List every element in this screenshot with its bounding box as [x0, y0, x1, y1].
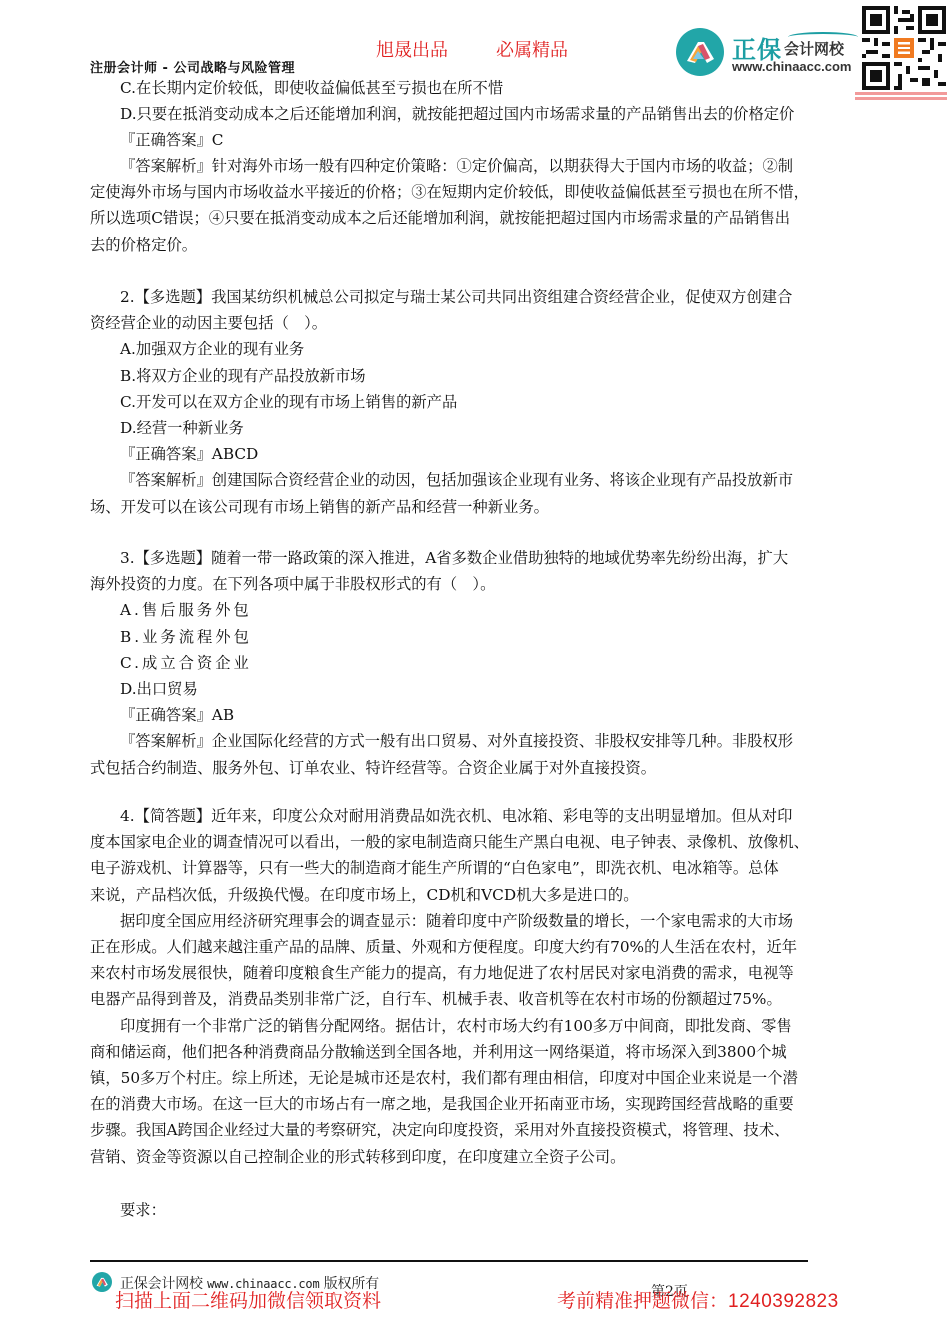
option-c: C.在长期内定价较低，即使收益偏低甚至亏损也在所不惜: [120, 75, 890, 101]
footer-divider: [90, 1260, 808, 1262]
promo-wechat-number: 1240392823: [728, 1291, 839, 1312]
case-text-line: 商和储运商，他们把各种消费商品分散输送到全国各地，并利用这一网络渠道，将市场深入…: [90, 1039, 860, 1065]
option-a: A.售后服务外包: [90, 597, 860, 623]
analysis-line: 『答案解析』针对海外市场一般有四种定价策略：①定价偏高，以期获得大于国内市场的收…: [90, 153, 860, 179]
case-text-line: 据印度全国应用经济研究理事会的调查显示：随着印度中产阶级数量的增长，一个家电需求…: [90, 908, 860, 934]
analysis-line: 去的价格定价。: [90, 232, 860, 258]
analysis-line: 『答案解析』企业国际化经营的方式一般有出口贸易、对外直接投资、非股权安排等几种。…: [90, 728, 860, 754]
question-3: 3.【多选题】随着一带一路政策的深入推进，A省多数企业借助独特的地域优势率先纷纷…: [90, 545, 860, 781]
logo-url: www.chinaacc.com: [732, 59, 851, 74]
case-text-line: 步骤。我国A跨国企业经过大量的考察研究，决定向印度投资，采用对外直接投资模式，将…: [90, 1117, 860, 1143]
document-header-title: 注册会计师 - 公司战略与风险管理: [90, 57, 295, 76]
analysis-line: 式包括合约制造、服务外包、订单农业、特许经营等。合资企业属于对外直接投资。: [90, 755, 860, 781]
case-text-line: 4.【简答题】近年来，印度公众对耐用消费品如洗衣机、电冰箱、彩电等的支出明显增加…: [90, 803, 860, 829]
correct-answer: 『正确答案』AB: [90, 702, 860, 728]
q1-option-c-block: C.在长期内定价较低，即使收益偏低甚至亏损也在所不惜 D.只要在抵消变动成本之后…: [90, 75, 890, 154]
slogan-right: 必属精品: [496, 36, 568, 62]
option-b: B.业务流程外包: [90, 624, 860, 650]
case-text-line: 来农村市场发展很快，随着印度粮食生产能力的提高，有力地促进了农村居民对家电消费的…: [90, 960, 860, 986]
option-c: C.开发可以在双方企业的现有市场上销售的新产品: [90, 389, 860, 415]
case-text-line: 营销、资金等资源以自己控制企业的形式转移到印度，在印度建立全资子公司。: [90, 1144, 860, 1170]
case-text-line: 度本国家电企业的调查情况可以看出，一般的家电制造商只能生产黑白电视、电子钟表、录…: [90, 829, 860, 855]
question-4: 4.【简答题】近年来，印度公众对耐用消费品如洗衣机、电冰箱、彩电等的支出明显增加…: [90, 803, 860, 1170]
chinaacc-footer-logo-icon: [92, 1272, 112, 1292]
case-text-line: 电器产品得到普及，消费品类别非常广泛，自行车、机械手表、收音机等在农村市场的份额…: [90, 986, 860, 1012]
question-2: 2.【多选题】我国某纺织机械总公司拟定与瑞士某公司共同出资组建合资经营企业，促使…: [90, 284, 860, 520]
slogan-left: 旭晟出品: [376, 36, 448, 62]
case-text-line: 在的消费大市场。在这一巨大的市场占有一席之地，是我国企业开拓南亚市场，实现跨国经…: [90, 1091, 860, 1117]
chinaacc-logo-icon: [676, 28, 724, 76]
option-a: A.加强双方企业的现有业务: [90, 336, 860, 362]
question-stem: 海外投资的力度。在下列各项中属于非股权形式的有（ ）。: [90, 571, 860, 597]
option-b: B.将双方企业的现有产品投放新市场: [90, 363, 860, 389]
option-c: C.成立合资企业: [90, 650, 860, 676]
case-text-line: 印度拥有一个非常广泛的销售分配网络。据估计，农村市场大约有100多万中间商，即批…: [90, 1013, 860, 1039]
correct-answer: 『正确答案』ABCD: [90, 441, 860, 467]
requirement-label-block: 要求：: [90, 1197, 860, 1223]
analysis-line: 场、开发可以在该公司现有市场上销售的新产品和经营一种新业务。: [90, 494, 860, 520]
chinaacc-logo: 正保 会计网校 www.chinaacc.com: [676, 26, 856, 78]
analysis-line: 『答案解析』创建国际合资经营企业的动因，包括加强该企业现有业务、将该企业现有产品…: [90, 467, 860, 493]
option-d: D.经营一种新业务: [90, 415, 860, 441]
analysis-line: 定使海外市场与国内市场收益水平接近的价格；③在短期内定价较低，即使收益偏低甚至亏…: [90, 179, 860, 205]
requirement-label: 要求：: [90, 1197, 860, 1223]
question-stem: 3.【多选题】随着一带一路政策的深入推进，A省多数企业借助独特的地域优势率先纷纷…: [90, 545, 860, 571]
promo-wechat-label: 考前精准押题微信：: [557, 1290, 728, 1312]
case-text-line: 镇，50多万个村庄。综上所述，无论是城市还是农村，我们都有理由相信，印度对中国企…: [90, 1065, 860, 1091]
case-text-line: 电子游戏机、计算器等，只有一些大的制造商才能生产所谓的“白色家电”，即洗衣机、电…: [90, 855, 860, 881]
option-d: D.只要在抵消变动成本之后还能增加利润，就按能把超过国内市场需求量的产品销售出去…: [120, 101, 890, 127]
case-text-line: 正在形成。人们越来越注重产品的品牌、质量、外观和方便程度。印度大约有70%的人生…: [90, 934, 860, 960]
correct-answer: 『正确答案』C: [120, 127, 890, 153]
question-stem: 2.【多选题】我国某纺织机械总公司拟定与瑞士某公司共同出资组建合资经营企业，促使…: [90, 284, 860, 310]
analysis-line: 所以选项C错误；④只要在抵消变动成本之后还能增加利润，就按能把超过国内市场需求量…: [90, 205, 860, 231]
q1-analysis: 『答案解析』针对海外市场一般有四种定价策略：①定价偏高，以期获得大于国内市场的收…: [90, 153, 860, 258]
promo-wechat: 考前精准押题微信：1240392823: [557, 1286, 839, 1313]
option-d: D.出口贸易: [90, 676, 860, 702]
promo-scan-qr: 扫描上面二维码加微信领取资料: [115, 1286, 381, 1313]
case-text-line: 来说，产品档次低，升级换代慢。在印度市场上，CD机和VCD机大多是进口的。: [90, 882, 860, 908]
question-stem: 资经营企业的动因主要包括（ ）。: [90, 310, 860, 336]
logo-brand-suffix: 会计网校: [784, 38, 844, 59]
